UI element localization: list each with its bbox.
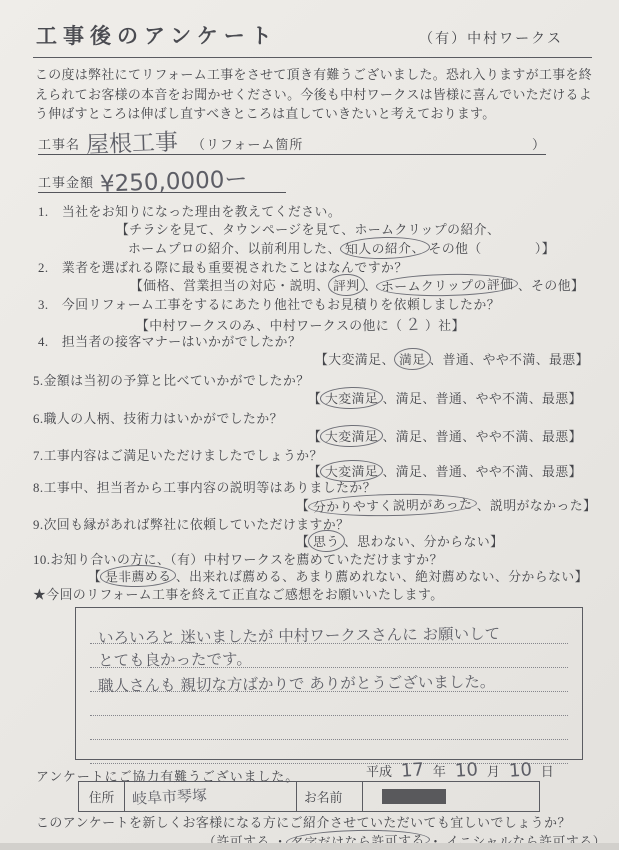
redaction-box [382, 789, 446, 804]
project-name-label: 工事名 [38, 134, 80, 153]
handwritten-address: 岐阜市琴塚 [132, 784, 208, 809]
question-1-options-line-1: 【チラシを見て、タウンページを見て、ホームクリップの紹介、 [116, 219, 500, 238]
question-4: 4. 担当者の接客マナーはいかがでしたか？ [38, 331, 301, 350]
intro-paragraph: この度は弊社にてリフォーム工事をさせて頂き有難うございました。恐れ入りますが工事… [35, 66, 592, 125]
feedback-line-5 [90, 716, 568, 740]
field-amount: 工事金額 ¥250,0000ー [38, 171, 286, 193]
question-5: 5.金額は当初の予算と比べていかがでしたか？ [33, 370, 310, 389]
circled-option-very-satisfied: 大変満足 [320, 386, 384, 409]
question-5-options: 【大変満足、満足、普通、やや不満、最悪】 [308, 388, 582, 407]
era-label: 平成 [366, 761, 392, 780]
question-10-options: 【是非薦める、出来れば薦める、あまり薦めれない、絶対薦めない、分からない】 [88, 566, 588, 585]
impression-prompt: ★今回のリフォーム工事を終えて正直なご感想をお願いいたします。 [33, 584, 444, 603]
question-9-options: 【思う、思わない、分からない】 [296, 531, 503, 550]
question-8: 8.工事中、担当者から工事内容の説明等はありましたか？ [33, 477, 376, 496]
circled-option-very-satisfied: 大変満足 [320, 424, 384, 447]
question-2: 2. 業者を選ばれる際に最も重要視されたことはなんですか？ [38, 257, 408, 276]
name-label: お名前 [297, 782, 363, 811]
circled-option-satisfied: 満足 [394, 348, 431, 371]
handwritten-other-companies-count: ２ [402, 311, 426, 335]
question-3: 3. 今回リフォーム工事をするにあたり他社でもお見積りを依頼しましたか？ [38, 294, 500, 313]
feedback-line-1: いろいろと 迷いましたが 中村ワークスさんに お願いして [90, 620, 568, 644]
amount-label: 工事金額 [38, 172, 94, 191]
year-label: 年 [433, 761, 446, 780]
feedback-line-2: とても良かったです。 [90, 644, 568, 668]
question-6-options: 【大変満足、満足、普通、やや不満、最悪】 [308, 426, 582, 445]
question-6: 6.職人の人柄、技術力はいかがでしたか？ [33, 408, 283, 427]
question-1: 1. 当社をお知りになった理由を教えてください。 [38, 201, 341, 220]
question-1-options-line-2: ホームプロの紹介、以前利用した、知人の紹介、その他（ ）】 [128, 238, 555, 257]
question-8-options: 【分かりやすく説明があった、説明がなかった】 [296, 495, 596, 514]
field-project-name: 工事名 屋根工事 （リフォーム箇所 ） [38, 133, 546, 155]
name-value [363, 782, 539, 811]
feedback-line-3: 職人さんも 親切な方ばかりで ありがとうございました。 [90, 668, 568, 692]
address-value: 岐阜市琴塚 [125, 782, 297, 811]
circled-option-surname-only: 名字だけなら許可する [286, 828, 430, 850]
circled-option-reputation: 評判 [328, 274, 365, 297]
feedback-line-4 [90, 692, 568, 716]
handwritten-day: 10 [508, 759, 532, 782]
header: 工事後のアンケート （有）中村ワークス [36, 20, 605, 50]
reform-location-label: （リフォーム箇所 [192, 134, 303, 153]
question-2-options: 【価格、営業担当の対応・説明、評判、ホームクリップの評価、その他】 [130, 275, 584, 294]
question-7: 7.工事内容はご満足いただけましたでしょうか？ [33, 445, 323, 464]
permission-question: このアンケートを新しくお客様になる方にご紹介させていただいても宜しいでしょうか？ [36, 812, 571, 831]
date-line: 平成 17 年 10 月 10 日 [366, 760, 554, 781]
permission-options: （許可する ・名字だけなら許可する・ イニシャルなら許可する） [203, 831, 606, 850]
address-label: 住所 [79, 782, 125, 811]
page-title: 工事後のアンケート [36, 20, 278, 50]
feedback-box: いろいろと 迷いましたが 中村ワークスさんに お願いして とても良かったです。 … [75, 607, 583, 760]
reform-location-close-paren: ） [532, 134, 546, 153]
amount-handwritten: ¥250,0000ー [100, 168, 248, 196]
handwritten-month: 10 [454, 759, 478, 782]
company-name: （有）中村ワークス [419, 28, 605, 48]
contact-table: 住所 岐阜市琴塚 お名前 [78, 781, 540, 812]
scanned-survey-page: 工事後のアンケート （有）中村ワークス この度は弊社にてリフォーム工事をさせて頂… [0, 0, 619, 850]
day-label: 日 [541, 761, 554, 780]
project-name-handwritten: 屋根工事 [86, 131, 179, 157]
header-divider [33, 57, 592, 58]
month-label: 月 [487, 761, 500, 780]
handwritten-year: 17 [400, 759, 424, 782]
question-4-options: 【大変満足、満足、普通、やや不満、最悪】 [315, 349, 589, 368]
